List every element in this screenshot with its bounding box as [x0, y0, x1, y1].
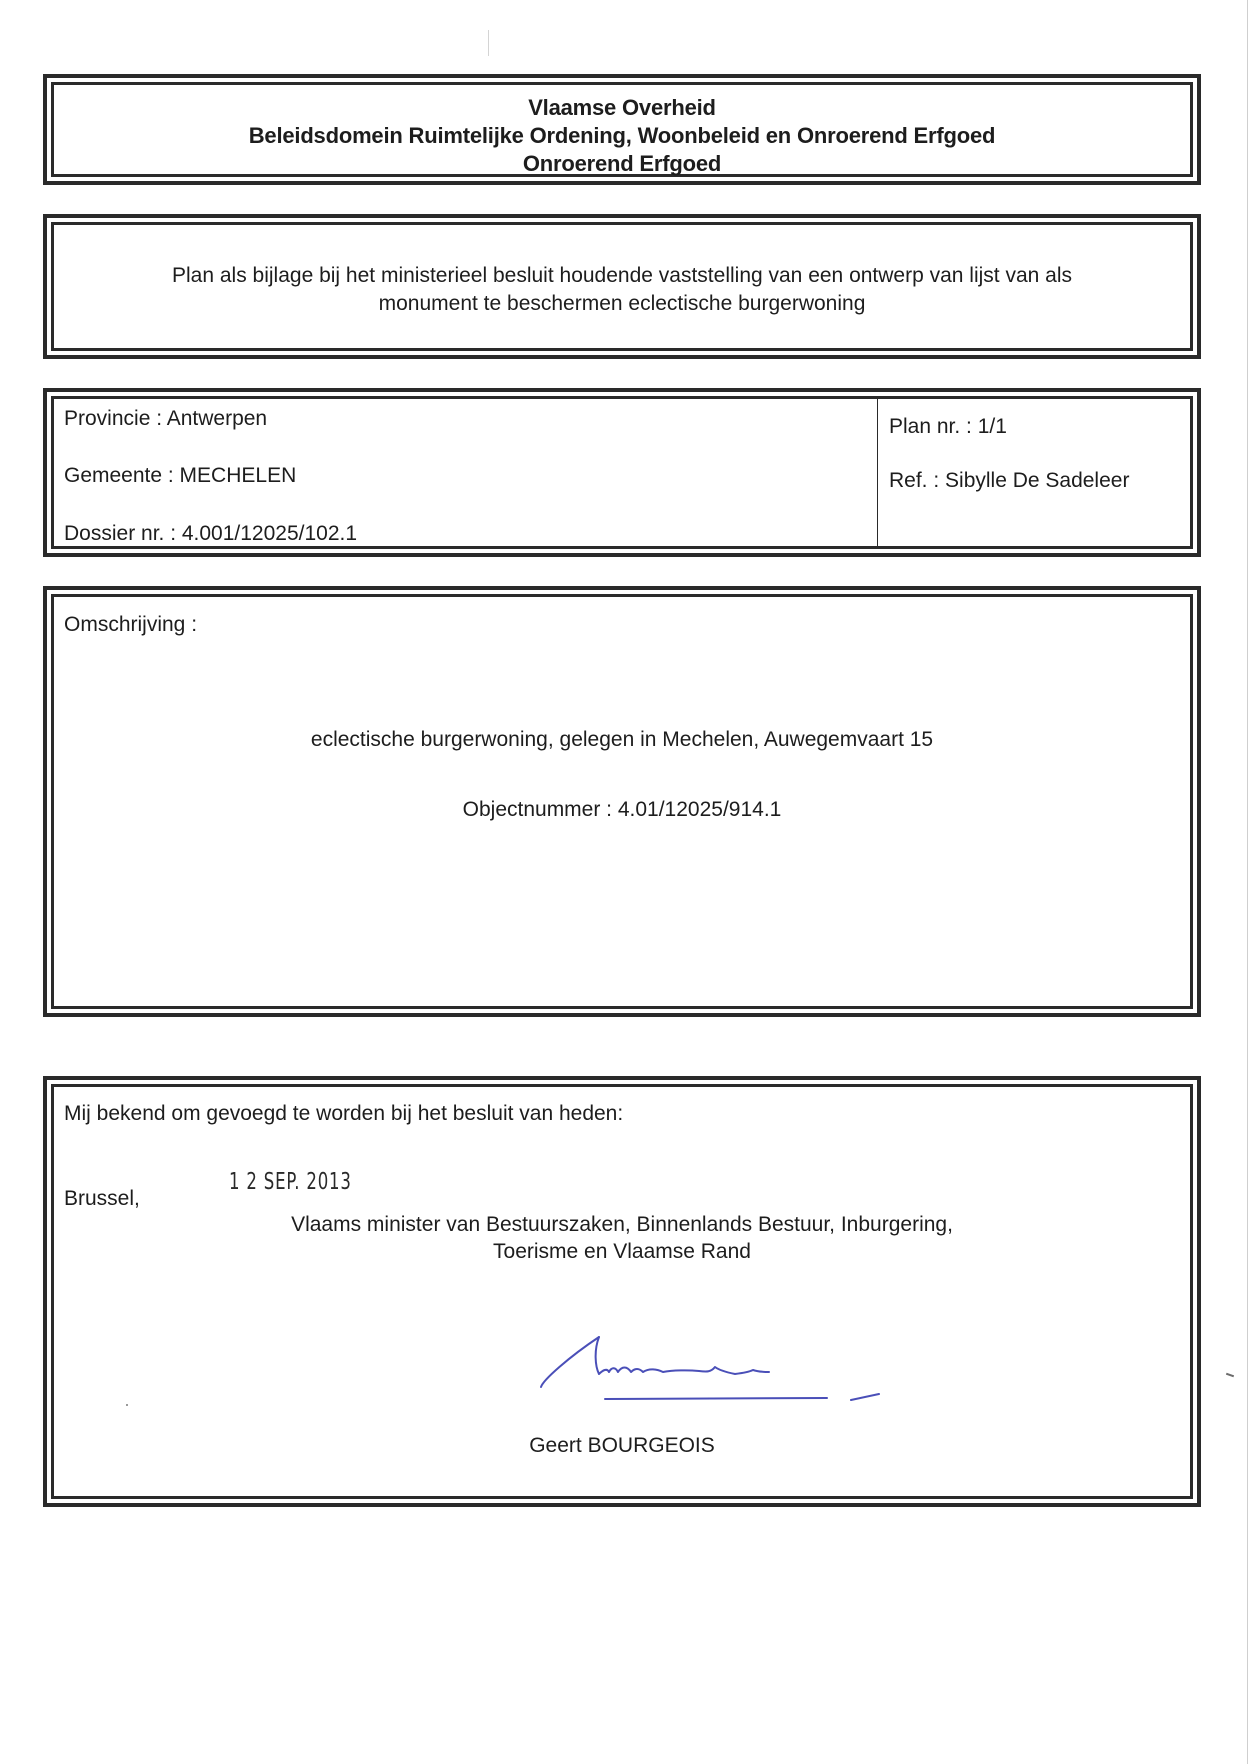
plan-title-line-1: Plan als bijlage bij het ministerieel be… — [74, 262, 1170, 290]
province-field: Provincie : Antwerpen — [64, 407, 267, 431]
info-right-column: Plan nr. : 1/1 Ref. : Sibylle De Sadelee… — [877, 399, 1190, 546]
description-box: Omschrijving : eclectische burgerwoning,… — [43, 586, 1201, 1017]
header-policy-domain: Beleidsdomein Ruimtelijke Ordening, Woon… — [54, 122, 1190, 150]
description-text: eclectische burgerwoning, gelegen in Mec… — [54, 728, 1190, 752]
scan-speck — [1226, 1373, 1234, 1378]
signer-name: Geert BOURGEOIS — [54, 1434, 1190, 1458]
reference-field: Ref. : Sibylle De Sadeleer — [889, 469, 1129, 493]
plan-title-line-2: monument te beschermen eclectische burge… — [74, 290, 1170, 318]
scan-sheet-edge — [1247, 0, 1248, 1764]
municipality-field: Gemeente : MECHELEN — [64, 464, 296, 488]
header-organisation: Vlaamse Overheid — [54, 94, 1190, 122]
description-label: Omschrijving : — [64, 613, 197, 637]
info-box: Provincie : Antwerpen Gemeente : MECHELE… — [43, 388, 1201, 557]
plan-title-box: Plan als bijlage bij het ministerieel be… — [43, 214, 1201, 359]
handwritten-signature — [539, 1332, 919, 1412]
dossier-number-field: Dossier nr. : 4.001/12025/102.1 — [64, 522, 357, 546]
header-box: Vlaamse Overheid Beleidsdomein Ruimtelij… — [43, 74, 1201, 185]
date-stamp: 1 2 SEP. 2013 — [229, 1170, 352, 1194]
scan-speck — [488, 30, 489, 56]
minister-title-line-1: Vlaams minister van Bestuurszaken, Binne… — [54, 1213, 1190, 1237]
object-number: Objectnummer : 4.01/12025/914.1 — [54, 798, 1190, 822]
signature-intro: Mij bekend om gevoegd te worden bij het … — [64, 1102, 623, 1126]
place-label: Brussel, — [64, 1187, 140, 1211]
plan-number-field: Plan nr. : 1/1 — [889, 415, 1007, 439]
header-agency: Onroerend Erfgoed — [54, 150, 1190, 178]
info-left-column: Provincie : Antwerpen Gemeente : MECHELE… — [54, 399, 878, 546]
signature-box: Mij bekend om gevoegd te worden bij het … — [43, 1076, 1201, 1507]
minister-title-line-2: Toerisme en Vlaamse Rand — [54, 1240, 1190, 1264]
